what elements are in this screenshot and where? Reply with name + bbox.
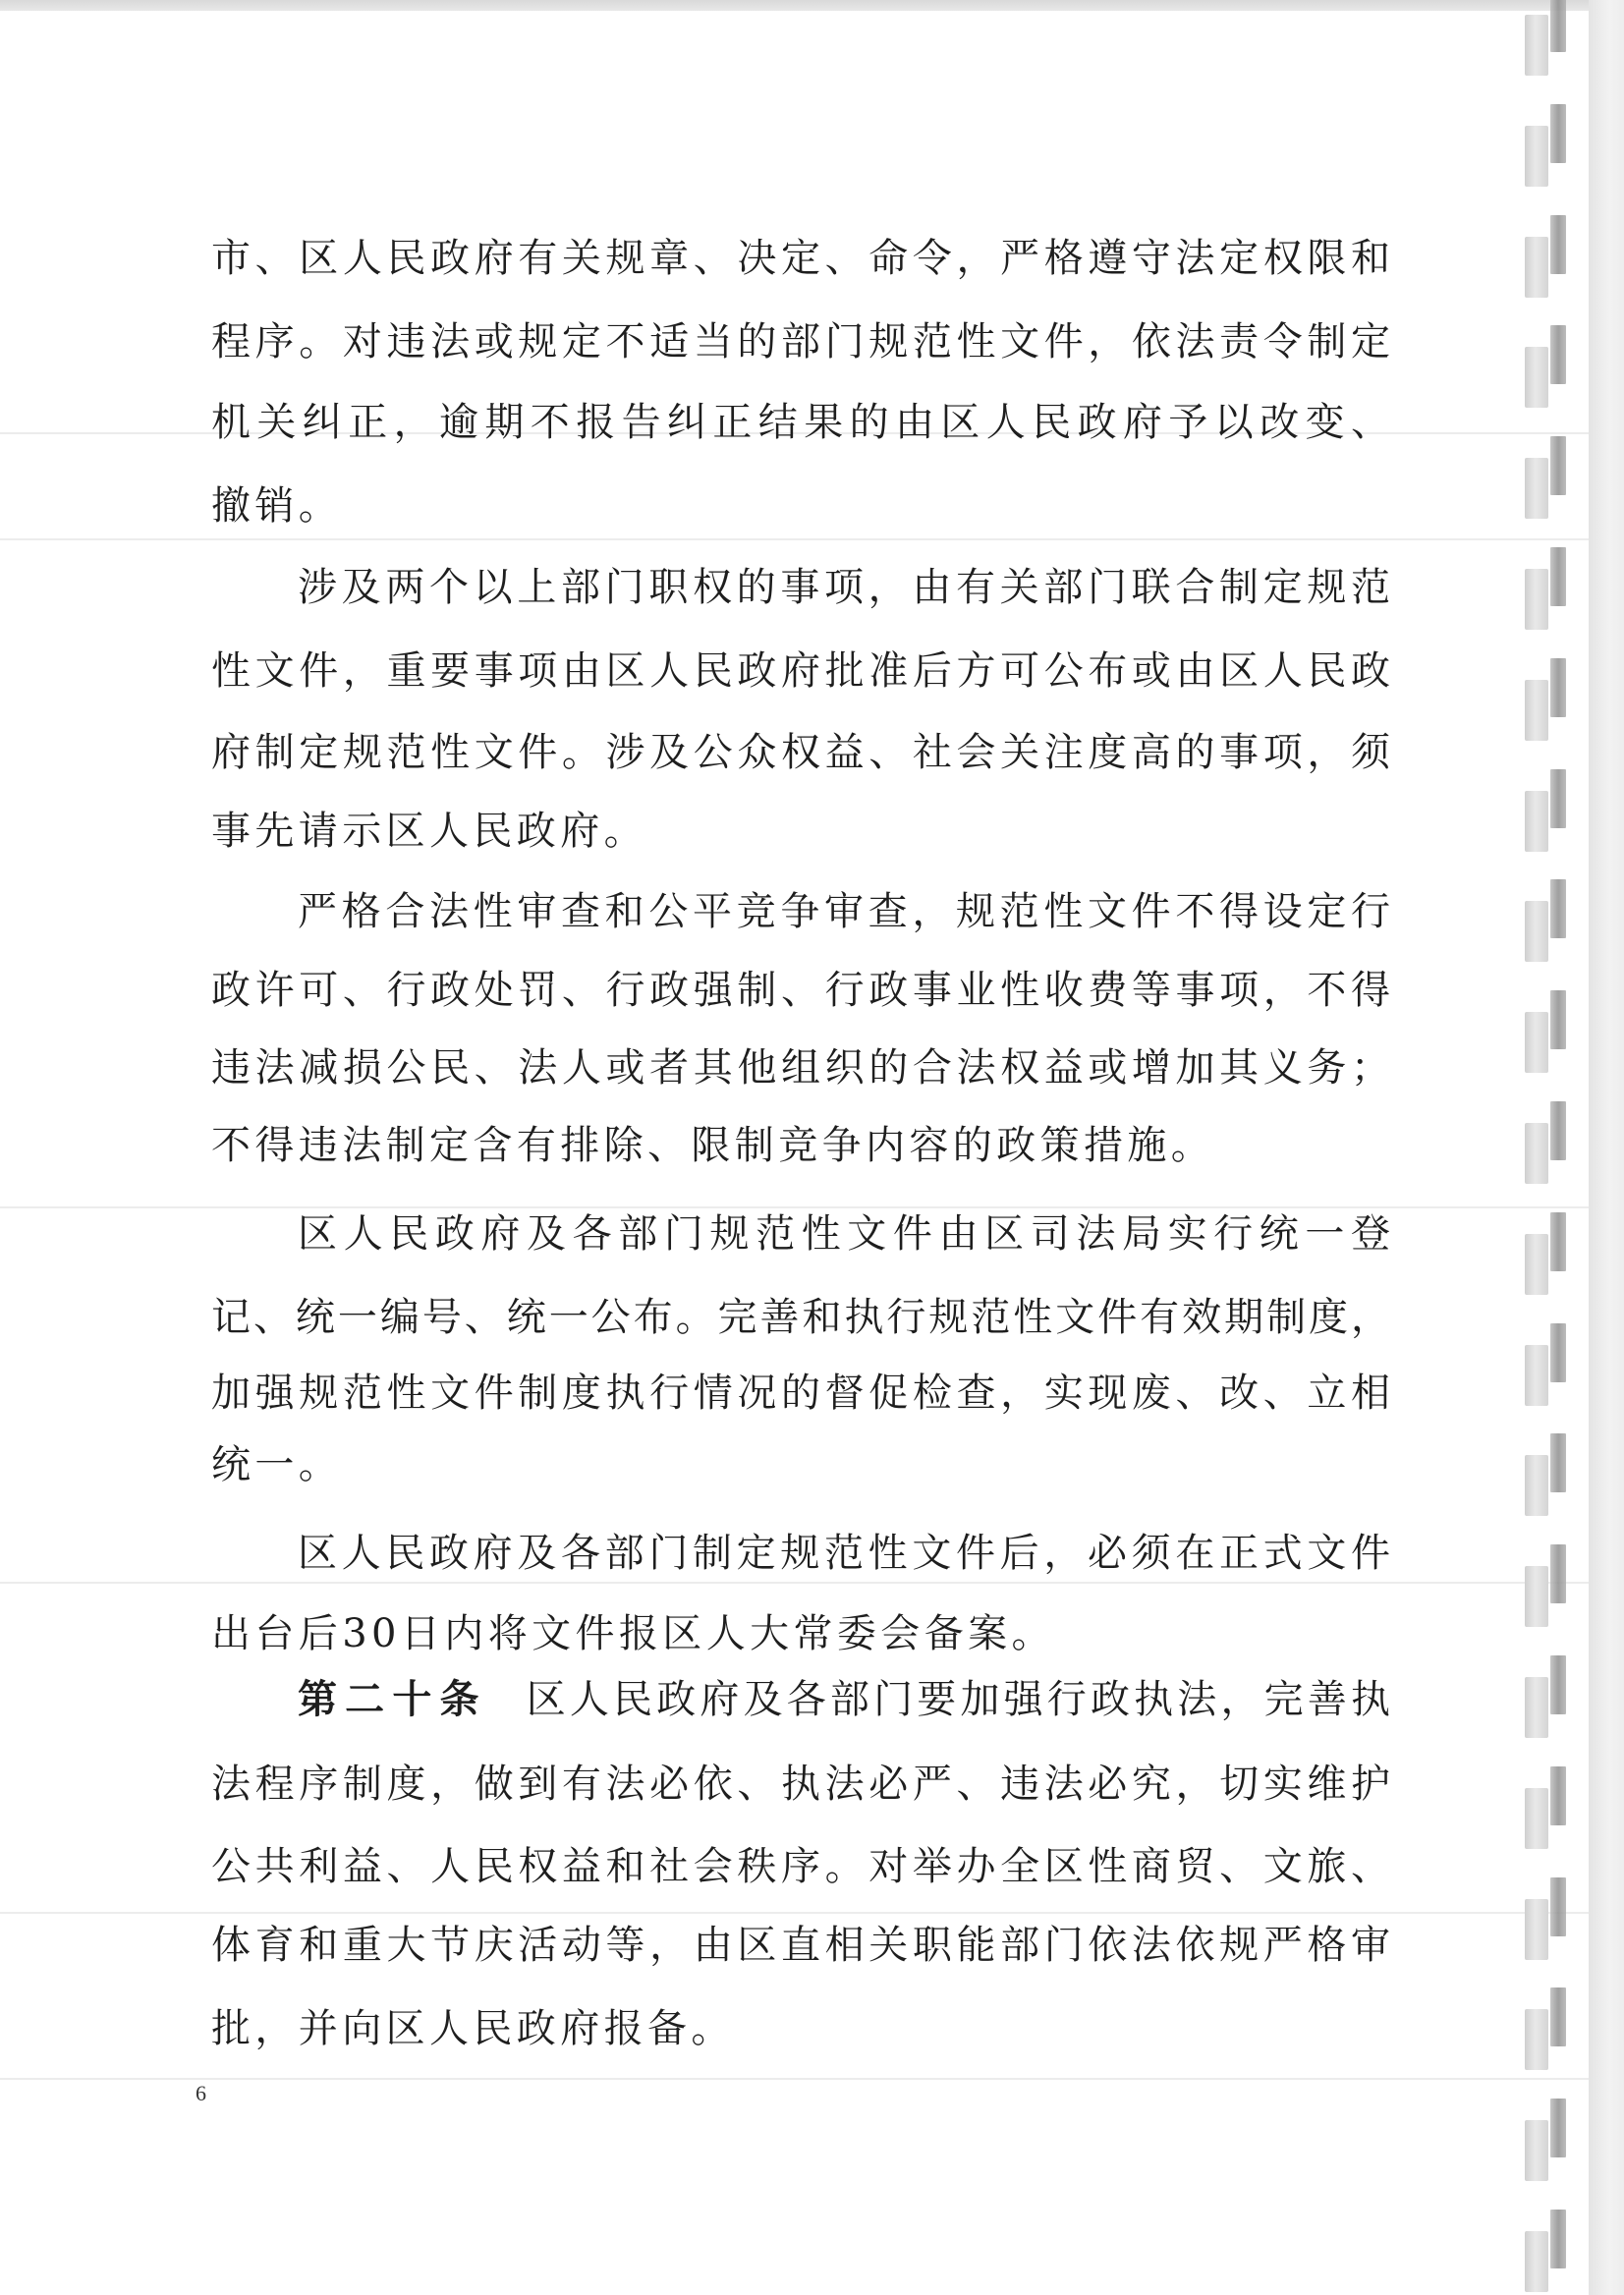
binding-ring-shadow (1550, 990, 1566, 1049)
binding-ring-shadow (1550, 1544, 1566, 1603)
text-line: 加强规范性文件制度执行情况的督促检查，实现废、改、立相 (211, 1371, 1390, 1416)
binding-ring-shadow (1550, 104, 1566, 163)
binding-ring-icon (1525, 2231, 1548, 2292)
text-line: 公共利益、人民权益和社会秩序。对举办全区性商贸、文旅、 (211, 1844, 1390, 1889)
text-line: 批，并向区人民政府报备。 (211, 2006, 735, 2051)
text-line: 统一。 (211, 1442, 342, 1487)
scan-artifact-line (0, 1206, 1589, 1208)
text-line: 府制定规范性文件。涉及公众权益、社会关注度高的事项，须 (211, 730, 1390, 775)
text-line: 区人民政府及各部门制定规范性文件后，必须在正式文件 (298, 1531, 1390, 1576)
binding-ring-shadow (1550, 1323, 1566, 1382)
binding-ring-shadow (1550, 1655, 1566, 1714)
binding-ring-icon (1525, 458, 1548, 519)
text-line: 撤销。 (211, 483, 342, 529)
binding-ring-icon (1525, 1899, 1548, 1960)
binding-ring-shadow (1550, 658, 1566, 717)
text-line: 市、区人民政府有关规章、决定、命令，严格遵守法定权限和 (211, 236, 1390, 281)
text-line: 出台后30日内将文件报区人大常委会备案。 (211, 1611, 1055, 1656)
binding-ring-icon (1525, 1788, 1548, 1849)
article-line: 第二十条区人民政府及各部门要加强行政执法，完善执 (298, 1677, 1390, 1722)
binding-ring-icon (1525, 2009, 1548, 2070)
text-line: 严格合法性审查和公平竞争审查，规范性文件不得设定行 (298, 889, 1390, 934)
binding-ring-shadow (1550, 0, 1566, 52)
binding-ring-icon (1525, 1345, 1548, 1406)
binding-ring-shadow (1550, 1877, 1566, 1936)
binding-ring-icon (1525, 791, 1548, 852)
binding-ring-icon (1525, 1566, 1548, 1627)
binding-ring-icon (1525, 2120, 1548, 2181)
binding-ring-icon (1525, 237, 1548, 298)
scan-artifact-line (0, 2078, 1589, 2080)
binding-ring-shadow (1550, 1101, 1566, 1160)
binding-ring-icon (1525, 1677, 1548, 1738)
text-line: 性文件，重要事项由区人民政府批准后方可公布或由区人民政 (211, 648, 1390, 694)
binding-ring-shadow (1550, 325, 1566, 384)
binding-ring-shadow (1550, 436, 1566, 495)
page-number: 6 (196, 2081, 206, 2106)
text-line: 事先请示区人民政府。 (211, 809, 647, 854)
text-line: 法程序制度，做到有法必依、执法必严、违法必究，切实维护 (211, 1762, 1390, 1807)
scan-top-band (0, 0, 1624, 11)
text-line: 违法减损公民、法人或者其他组织的合法权益或增加其义务； (211, 1045, 1390, 1091)
binding-ring-icon (1525, 680, 1548, 741)
binding-ring-shadow (1550, 547, 1566, 606)
binding-ring-icon (1525, 15, 1548, 76)
article-label: 第二十条 (298, 1676, 487, 1722)
text-line: 涉及两个以上部门职权的事项，由有关部门联合制定规范 (298, 565, 1390, 610)
text-line: 不得违法制定含有排除、限制竞争内容的政策措施。 (211, 1123, 1214, 1168)
binding-ring-icon (1525, 126, 1548, 187)
binding-ring-icon (1525, 1123, 1548, 1184)
scan-artifact-line (0, 538, 1589, 540)
text-line: 政许可、行政处罚、行政强制、行政事业性收费等事项，不得 (211, 968, 1390, 1013)
text-span: 区人民政府及各部门要加强行政执法，完善执 (527, 1677, 1390, 1722)
binding-ring-icon (1525, 1455, 1548, 1516)
binding-ring-icon (1525, 1012, 1548, 1073)
binding-ring-icon (1525, 347, 1548, 408)
binding-ring-shadow (1550, 215, 1566, 274)
binding-ring-shadow (1550, 1212, 1566, 1271)
text-line: 区人民政府及各部门规范性文件由区司法局实行统一登 (298, 1211, 1390, 1257)
binding-ring-icon (1525, 901, 1548, 962)
text-line: 体育和重大节庆活动等，由区直相关职能部门依法依规严格审 (211, 1923, 1390, 1968)
binding-ring-shadow (1550, 2210, 1566, 2268)
text-line: 程序。对违法或规定不适当的部门规范性文件，依法责令制定 (211, 319, 1390, 364)
binding-ring-shadow (1550, 879, 1566, 938)
binding-ring-shadow (1550, 2099, 1566, 2157)
scan-artifact-line (0, 1582, 1589, 1584)
binding-ring-icon (1525, 1234, 1548, 1295)
text-line: 记、统一编号、统一公布。完善和执行规范性文件有效期制度， (211, 1295, 1390, 1340)
binding-ring-shadow (1550, 1433, 1566, 1492)
binding-ring-shadow (1550, 769, 1566, 828)
binding-ring-shadow (1550, 1766, 1566, 1825)
scan-artifact-line (0, 1912, 1589, 1914)
scan-right-edge (1589, 0, 1624, 2295)
binding-ring-icon (1525, 569, 1548, 630)
binding-ring-shadow (1550, 1987, 1566, 2046)
text-line: 机关纠正，逾期不报告纠正结果的由区人民政府予以改变、 (211, 400, 1390, 445)
